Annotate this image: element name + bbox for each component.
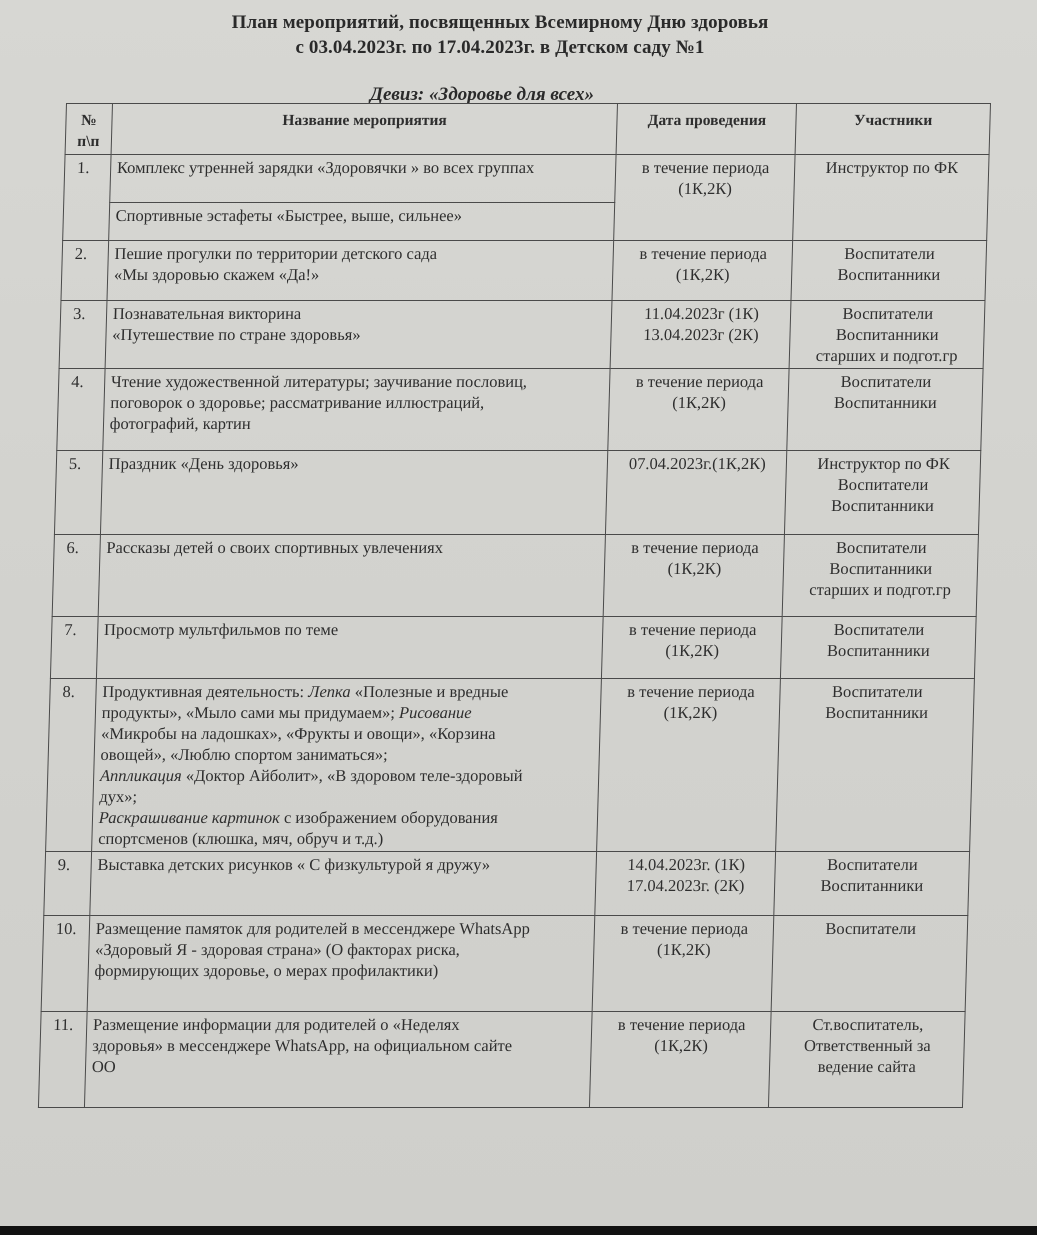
event-name-cell: Размещение информации для родителей о «Н… <box>84 1012 592 1108</box>
text-line: «Путешествие по стране здоровья» <box>112 324 605 345</box>
text-line: Воспитатели <box>792 474 973 495</box>
event-date-cell: 11.04.2023г (1К)13.04.2023г (2К) <box>611 301 792 369</box>
table-row: 11.Размещение информации для родителей о… <box>38 1012 965 1108</box>
row-number: 1. <box>63 155 111 241</box>
text-segment: «Полезные и вредные <box>350 682 508 701</box>
text-line: Ст.воспитатель, <box>777 1014 958 1035</box>
event-name-cell: Выставка детских рисунков « С физкультур… <box>90 852 597 916</box>
text-line: в течение периода <box>620 243 787 264</box>
text-line: в течение периода <box>608 681 775 702</box>
text-line: Праздник «День здоровья» <box>108 453 601 474</box>
text-line: формирующих здоровье, о мерах профилакти… <box>94 960 587 981</box>
text-line: Воспитатели <box>795 371 976 392</box>
text-line: (1К,2К) <box>611 558 778 579</box>
table-row: 4.Чтение художественной литературы; зауч… <box>57 369 983 451</box>
text-segment: продукты», «Мыло сами мы придумаем»; <box>101 703 399 722</box>
text-line: 11.04.2023г (1К) <box>618 303 785 324</box>
text-line: Просмотр мультфильмов по теме <box>104 619 597 640</box>
text-line: овощей», «Люблю спортом заниматься»; <box>100 744 593 765</box>
text-line: в течение периода <box>601 918 768 939</box>
participants-cell: Инструктор по ФКВоспитателиВоспитанники <box>785 451 981 535</box>
events-plan-table: № п\п Название мероприятия Дата проведен… <box>38 103 991 1108</box>
paper-page: План мероприятий, посвященных Всемирному… <box>0 0 1037 1226</box>
activity-type-label: Рисование <box>399 703 472 722</box>
text-line: фотографий, картин <box>110 413 603 434</box>
row-number: 6. <box>52 535 100 617</box>
text-line: в течение периода <box>616 371 783 392</box>
document-title: План мероприятий, посвященных Всемирному… <box>0 12 1000 34</box>
text-line: «Микробы на ладошках», «Фрукты и овощи»,… <box>101 723 594 744</box>
text-line: Воспитатели <box>780 918 961 939</box>
text-line: Познавательная викторина <box>113 303 606 324</box>
table-row: 7.Просмотр мультфильмов по темев течение… <box>50 617 976 679</box>
table-row: 3.Познавательная викторина «Путешествие … <box>59 301 985 369</box>
activity-type-label: Лепка <box>308 682 351 701</box>
activity-type-label: Аппликация <box>100 766 182 785</box>
text-line: (1К,2К) <box>598 1035 765 1056</box>
text-line: Размещение памяток для родителей в мессе… <box>95 918 588 939</box>
text-line: Спортивные эстафеты «Быстрее, выше, силь… <box>115 205 608 226</box>
text-line: Воспитанники <box>781 875 962 896</box>
event-name-cell: Рассказы детей о своих спортивных увлече… <box>98 535 606 617</box>
table-row: 2.Пешие прогулки по территории детского … <box>61 241 987 301</box>
table-row: 8.Продуктивная деятельность: Лепка «Поле… <box>46 679 975 852</box>
text-line: Инструктор по ФК <box>793 453 974 474</box>
text-line: в течение периода <box>598 1014 765 1035</box>
event-date-cell: в течение периода(1К,2К) <box>590 1012 772 1108</box>
text-line: Пешие прогулки по территории детского са… <box>114 243 607 264</box>
text-segment: дух»; <box>99 787 137 806</box>
photo-bottom-edge <box>0 1226 1037 1235</box>
text-line: в течение периода <box>622 157 789 178</box>
text-line: в течение периода <box>609 619 776 640</box>
event-name-cell: Пешие прогулки по территории детского са… <box>107 241 614 301</box>
text-line: здоровья» в мессенджере WhatsApp, на офи… <box>92 1035 585 1056</box>
text-line: Ответственный за <box>777 1035 958 1056</box>
participants-cell: ВоспитателиВоспитанники <box>791 241 986 301</box>
event-name-cell: Спортивные эстафеты «Быстрее, выше, силь… <box>108 203 615 241</box>
text-line: Воспитанники <box>788 640 969 661</box>
text-line: Раскрашивание картинок с изображением об… <box>99 807 592 828</box>
text-line: 07.04.2023г.(1К,2К) <box>614 453 781 474</box>
text-line: (1К,2К) <box>619 264 786 285</box>
text-line: (1К,2К) <box>616 392 783 413</box>
text-line: 13.04.2023г (2К) <box>618 324 785 345</box>
text-line: (1К,2К) <box>622 178 789 199</box>
text-line: спортсменов (клюшка, мяч, обруч и т.д.) <box>98 828 591 849</box>
event-name-cell: Чтение художественной литературы; заучив… <box>103 369 611 451</box>
text-segment: с изображением оборудования <box>280 808 499 827</box>
participants-cell: ВоспитателиВоспитанники <box>781 617 976 679</box>
text-segment: «Доктор Айболит», «В здоровом теле-здоро… <box>181 766 522 785</box>
participants-cell: ВоспитателиВоспитанникистарших и подгот.… <box>790 301 985 369</box>
text-line: Воспитатели <box>788 619 969 640</box>
text-line: поговорок о здоровье; рассматривание илл… <box>110 392 603 413</box>
event-name-cell: Праздник «День здоровья» <box>100 451 608 535</box>
row-number: 5. <box>54 451 102 535</box>
text-line: «Мы здоровью скажем «Да!» <box>114 264 607 285</box>
row-number: 3. <box>59 301 107 369</box>
text-line: 17.04.2023г. (2К) <box>602 875 769 896</box>
text-line: в течение периода <box>612 537 779 558</box>
participants-cell: Воспитатели <box>772 916 968 1012</box>
text-line: (1К,2К) <box>601 939 768 960</box>
text-line: Воспитанники <box>795 392 976 413</box>
text-line: (1К,2К) <box>607 702 774 723</box>
text-line: ведение сайта <box>776 1056 957 1077</box>
participants-cell: Инструктор по ФК <box>793 155 989 241</box>
text-line: Воспитанники <box>798 264 979 285</box>
event-date-cell: в течение периода(1К,2К) <box>612 241 793 301</box>
text-line: Выставка детских рисунков « С физкультур… <box>97 854 590 875</box>
text-line: дух»; <box>99 786 592 807</box>
text-line: Размещение информации для родителей о «Н… <box>93 1014 586 1035</box>
text-line: Воспитанники <box>790 558 971 579</box>
table-header-row: № п\п Название мероприятия Дата проведен… <box>65 104 990 155</box>
table-row: 5.Праздник «День здоровья»07.04.2023г.(1… <box>54 451 980 535</box>
text-line: Воспитанники <box>786 702 967 723</box>
event-name-cell: Комплекс утренней зарядки «Здоровячки » … <box>110 155 617 203</box>
text-line: Продуктивная деятельность: Лепка «Полезн… <box>102 681 595 702</box>
text-line: старших и подгот.гр <box>790 579 971 600</box>
row-number: 8. <box>46 679 97 852</box>
table-row: 6.Рассказы детей о своих спортивных увле… <box>52 535 978 617</box>
text-line: Комплекс утренней зарядки «Здоровячки » … <box>117 157 610 178</box>
activity-type-label: Раскрашивание картинок <box>99 808 281 827</box>
text-line: (1К,2К) <box>609 640 776 661</box>
text-line: 14.04.2023г. (1К) <box>603 854 770 875</box>
table-row: 9.Выставка детских рисунков « С физкульт… <box>44 852 970 916</box>
text-line: Чтение художественной литературы; заучив… <box>111 371 604 392</box>
table-row: 10.Размещение памяток для родителей в ме… <box>41 916 968 1012</box>
event-date-cell: в течение периода(1К,2К) <box>602 617 783 679</box>
text-line: Воспитатели <box>791 537 972 558</box>
event-date-cell: в течение периода(1К,2К) <box>604 535 785 617</box>
table-body: 1.Комплекс утренней зарядки «Здоровячки … <box>38 155 989 1108</box>
row-number: 2. <box>61 241 108 301</box>
event-name-cell: Просмотр мультфильмов по теме <box>96 617 603 679</box>
text-line: Воспитатели <box>799 243 980 264</box>
text-line: Рассказы детей о своих спортивных увлече… <box>106 537 599 558</box>
header-number: № п\п <box>65 104 112 155</box>
row-number: 10. <box>41 916 89 1012</box>
text-line: Инструктор по ФК <box>801 157 982 178</box>
row-number: 11. <box>38 1012 86 1108</box>
participants-cell: Ст.воспитатель,Ответственный заведение с… <box>769 1012 965 1108</box>
text-line: Воспитанники <box>792 495 973 516</box>
event-date-cell: в течение периода(1К,2К) <box>593 916 775 1012</box>
participants-cell: ВоспитателиВоспитанники <box>787 369 983 451</box>
text-line: старших и подгот.гр <box>796 345 977 366</box>
text-segment: «Микробы на ладошках», «Фрукты и овощи»,… <box>101 724 496 743</box>
text-line: Воспитатели <box>782 854 963 875</box>
text-segment: Продуктивная деятельность: <box>102 682 308 701</box>
event-name-cell: Размещение памяток для родителей в мессе… <box>87 916 595 1012</box>
participants-cell: ВоспитателиВоспитанники <box>774 852 969 916</box>
text-segment: спортсменов (клюшка, мяч, обруч и т.д.) <box>98 829 384 848</box>
event-name-cell: Познавательная викторина «Путешествие по… <box>105 301 613 369</box>
event-date-cell: 07.04.2023г.(1К,2К) <box>606 451 787 535</box>
row-number: 9. <box>44 852 92 916</box>
header-event-name: Название мероприятия <box>111 104 618 155</box>
event-date-cell: в течение периода(1К,2К) <box>614 155 795 241</box>
text-line: Воспитанники <box>797 324 978 345</box>
text-line: продукты», «Мыло сами мы придумаем»; Рис… <box>101 702 594 723</box>
participants-cell: ВоспитателиВоспитанникистарших и подгот.… <box>783 535 979 617</box>
row-number: 7. <box>50 617 98 679</box>
text-segment: овощей», «Люблю спортом заниматься»; <box>100 745 388 764</box>
text-line: ОО <box>92 1056 585 1077</box>
participants-cell: ВоспитателиВоспитанники <box>776 679 974 852</box>
text-line: Аппликация «Доктор Айболит», «В здоровом… <box>100 765 593 786</box>
row-number: 4. <box>57 369 105 451</box>
text-line: Воспитатели <box>797 303 978 324</box>
header-date: Дата проведения <box>617 104 797 155</box>
event-date-cell: 14.04.2023г. (1К)17.04.2023г. (2К) <box>595 852 776 916</box>
text-line: Воспитатели <box>787 681 968 702</box>
table-row: 1.Комплекс утренней зарядки «Здоровячки … <box>64 155 989 203</box>
event-date-cell: в течение периода(1К,2К) <box>597 679 781 852</box>
header-participants: Участники <box>795 104 990 155</box>
event-name-cell: Продуктивная деятельность: Лепка «Полезн… <box>91 679 602 852</box>
document-subtitle-dates: с 03.04.2023г. по 17.04.2023г. в Детском… <box>0 37 1000 59</box>
text-line: «Здоровый Я - здоровая страна» (О фактор… <box>95 939 588 960</box>
event-date-cell: в течение периода(1К,2К) <box>608 369 789 451</box>
